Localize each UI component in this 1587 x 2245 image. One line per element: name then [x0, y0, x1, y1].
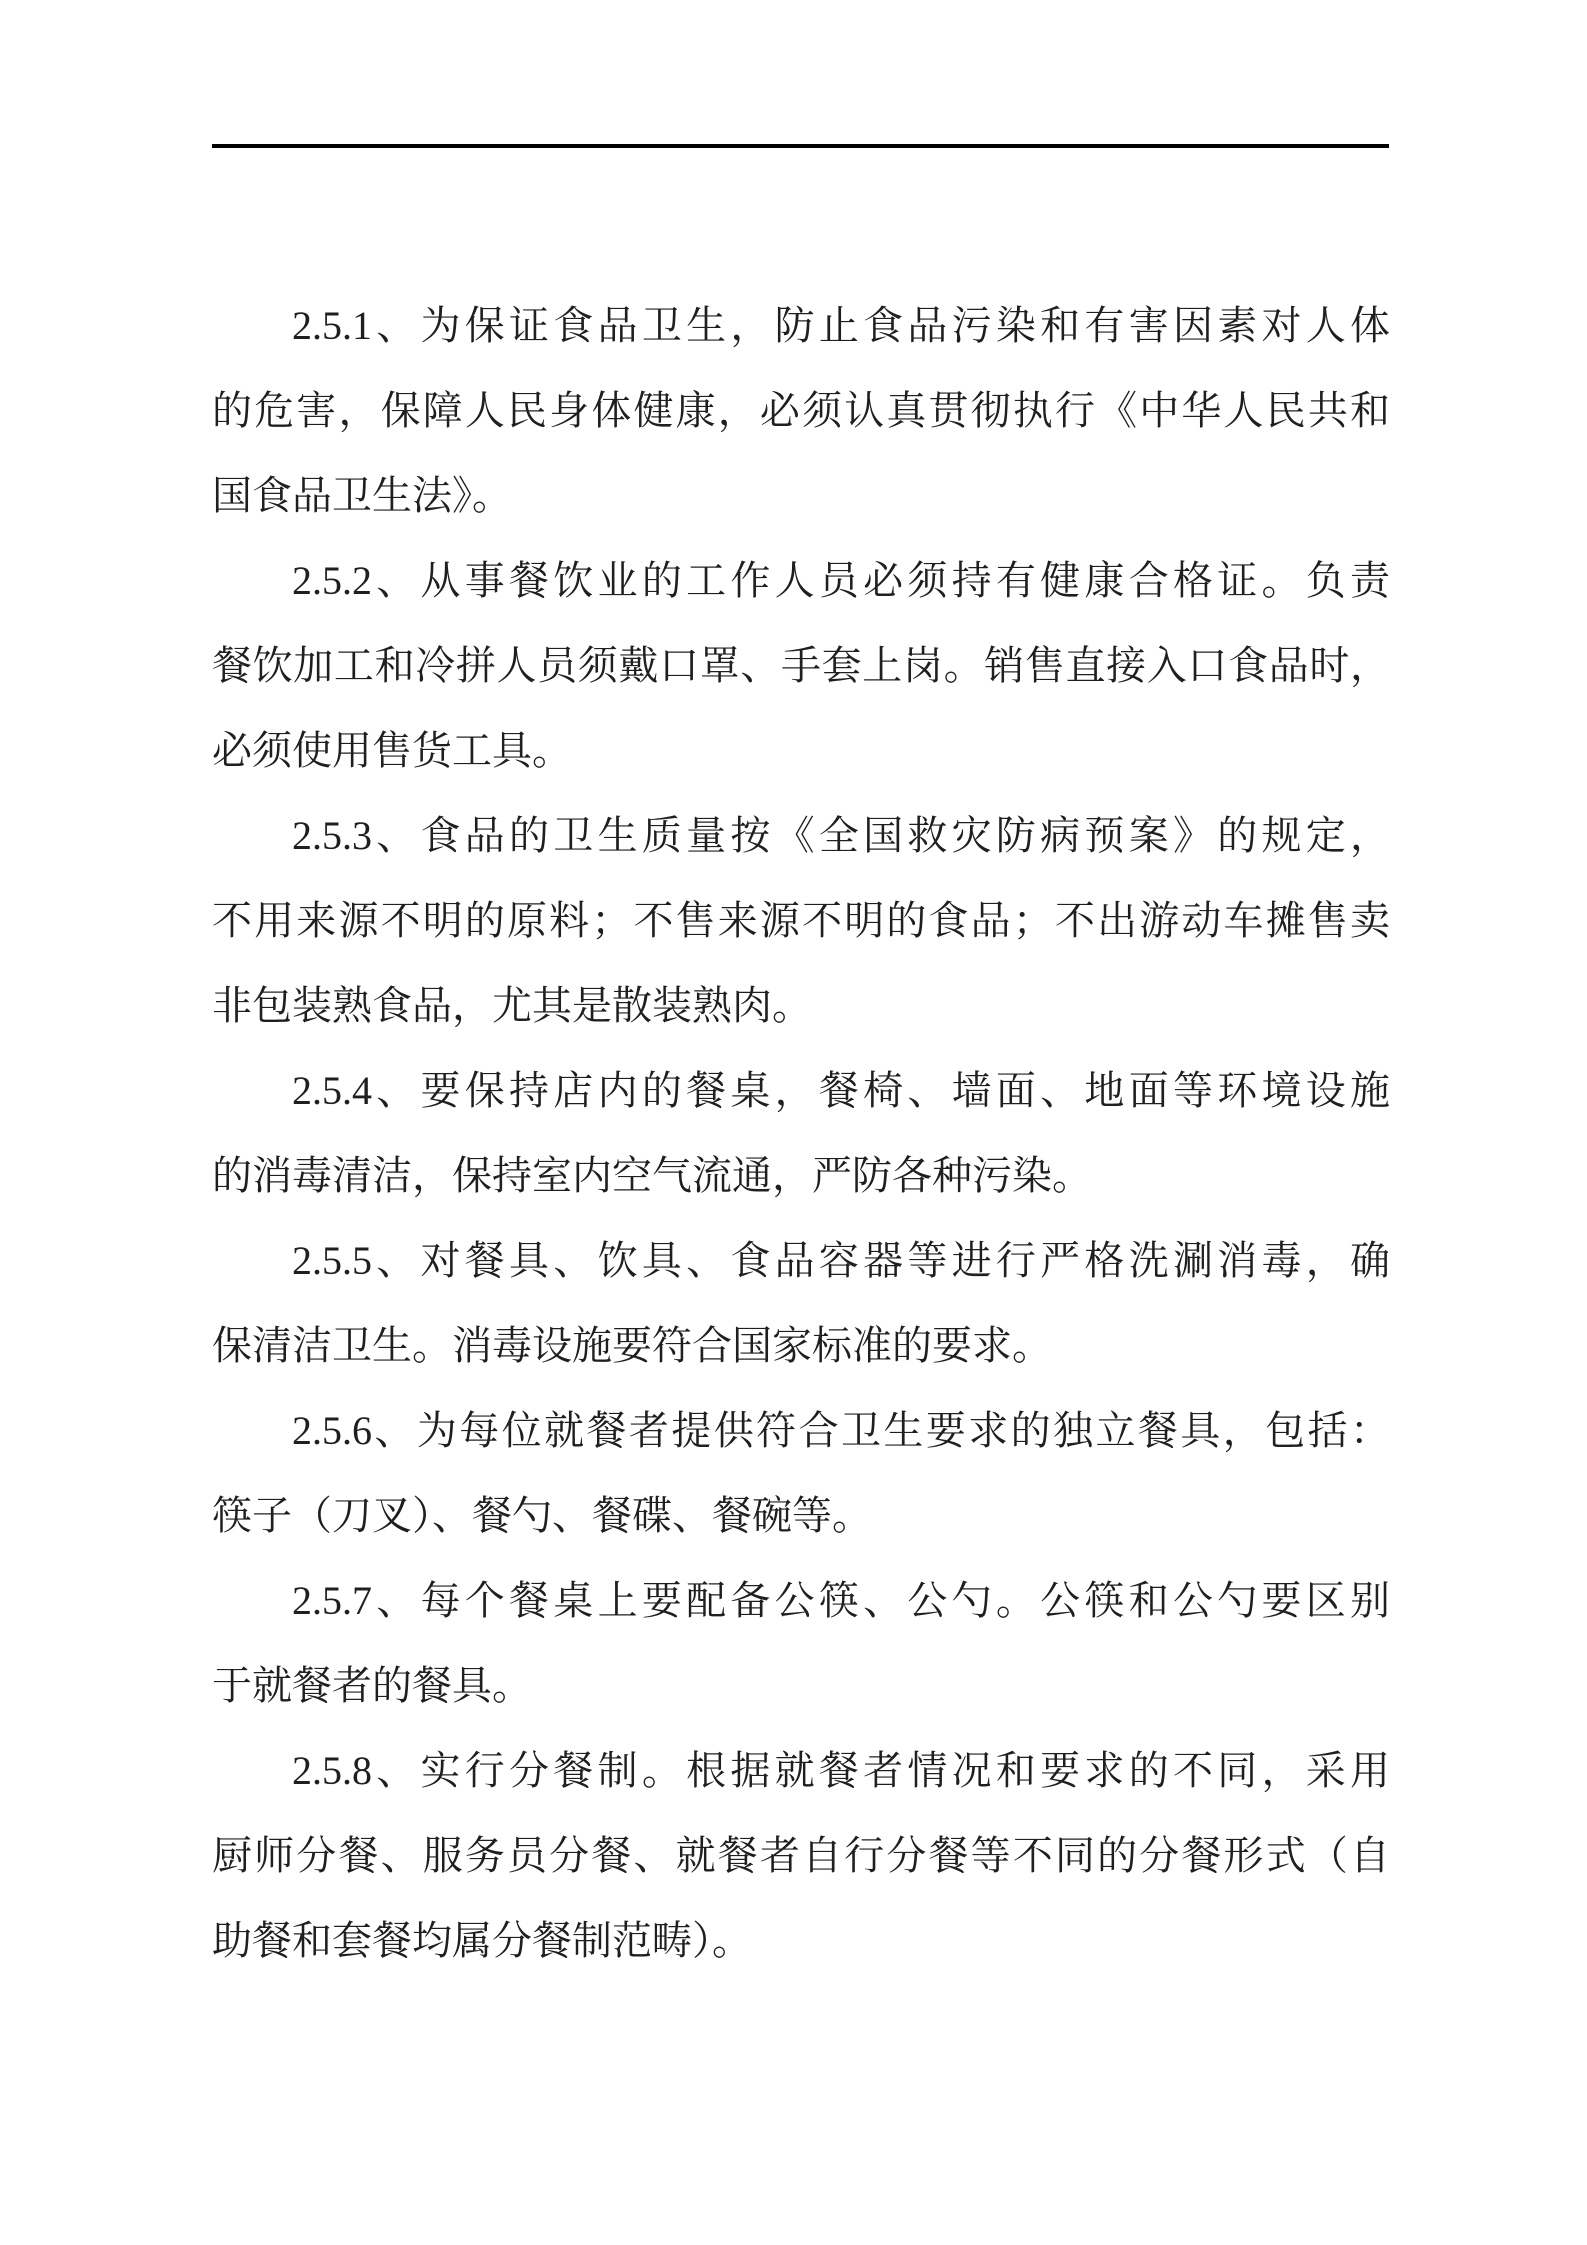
document-body: 2.5.1、为保证食品卫生，防止食品污染和有害因素对人体的危害，保障人民身体健康… [212, 283, 1390, 1983]
paragraph-2.5.1: 2.5.1、为保证食品卫生，防止食品污染和有害因素对人体的危害，保障人民身体健康… [212, 283, 1390, 538]
paragraph-2.5.3: 2.5.3、食品的卫生质量按《全国救灾防病预案》的规定，不用来源不明的原料；不售… [212, 793, 1390, 1048]
text-line: 2.5.7、每个餐桌上要配备公筷、公勺。公筷和公勺要区别 [212, 1558, 1390, 1643]
document-page: 2.5.1、为保证食品卫生，防止食品污染和有害因素对人体的危害，保障人民身体健康… [0, 0, 1587, 2245]
text-line: 2.5.8、实行分餐制。根据就餐者情况和要求的不同，采用 [212, 1728, 1390, 1813]
paragraph-2.5.2: 2.5.2、从事餐饮业的工作人员必须持有健康合格证。负责餐饮加工和冷拼人员须戴口… [212, 538, 1390, 793]
text-line: 不用来源不明的原料；不售来源不明的食品；不出游动车摊售卖 [212, 878, 1390, 963]
text-line: 2.5.4、要保持店内的餐桌，餐椅、墙面、地面等环境设施 [212, 1048, 1390, 1133]
text-line: 2.5.3、食品的卫生质量按《全国救灾防病预案》的规定， [212, 793, 1390, 878]
text-line: 国食品卫生法》。 [212, 453, 1390, 538]
text-line: 筷子（刀叉）、餐勺、餐碟、餐碗等。 [212, 1473, 1390, 1558]
text-line: 2.5.5、对餐具、饮具、食品容器等进行严格洗涮消毒，确 [212, 1218, 1390, 1303]
text-line: 餐饮加工和冷拼人员须戴口罩、手套上岗。销售直接入口食品时， [212, 623, 1390, 708]
text-line: 保清洁卫生。消毒设施要符合国家标准的要求。 [212, 1303, 1390, 1388]
text-line: 必须使用售货工具。 [212, 708, 1390, 793]
paragraph-2.5.8: 2.5.8、实行分餐制。根据就餐者情况和要求的不同，采用厨师分餐、服务员分餐、就… [212, 1728, 1390, 1983]
header-rule [212, 144, 1389, 148]
text-line: 于就餐者的餐具。 [212, 1643, 1390, 1728]
paragraph-2.5.7: 2.5.7、每个餐桌上要配备公筷、公勺。公筷和公勺要区别于就餐者的餐具。 [212, 1558, 1390, 1728]
text-line: 2.5.2、从事餐饮业的工作人员必须持有健康合格证。负责 [212, 538, 1390, 623]
text-line: 的消毒清洁，保持室内空气流通，严防各种污染。 [212, 1133, 1390, 1218]
paragraph-2.5.4: 2.5.4、要保持店内的餐桌，餐椅、墙面、地面等环境设施的消毒清洁，保持室内空气… [212, 1048, 1390, 1218]
text-line: 厨师分餐、服务员分餐、就餐者自行分餐等不同的分餐形式（自 [212, 1813, 1390, 1898]
text-line: 2.5.6、为每位就餐者提供符合卫生要求的独立餐具，包括： [212, 1388, 1390, 1473]
paragraph-2.5.5: 2.5.5、对餐具、饮具、食品容器等进行严格洗涮消毒，确保清洁卫生。消毒设施要符… [212, 1218, 1390, 1388]
text-line: 非包装熟食品，尤其是散装熟肉。 [212, 963, 1390, 1048]
text-line: 的危害，保障人民身体健康，必须认真贯彻执行《中华人民共和 [212, 368, 1390, 453]
text-line: 助餐和套餐均属分餐制范畴）。 [212, 1898, 1390, 1983]
paragraph-2.5.6: 2.5.6、为每位就餐者提供符合卫生要求的独立餐具，包括：筷子（刀叉）、餐勺、餐… [212, 1388, 1390, 1558]
text-line: 2.5.1、为保证食品卫生，防止食品污染和有害因素对人体 [212, 283, 1390, 368]
